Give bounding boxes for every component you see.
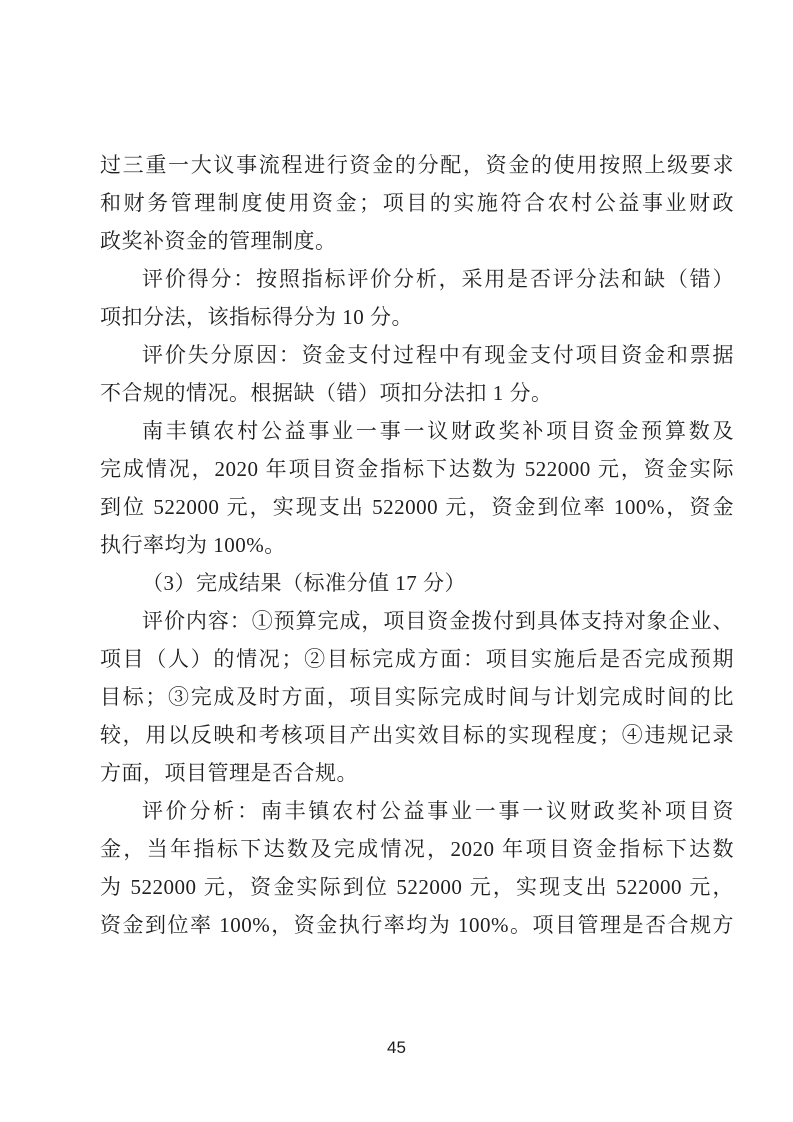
text-line: 评价失分原因：资金支付过程中有现金支付项目资金和票据	[100, 336, 734, 374]
text-line: 不合规的情况。根据缺（错）项扣分法扣 1 分。	[100, 374, 734, 412]
text-line: 金，当年指标下达数及完成情况，2020 年项目资金指标下达数	[100, 830, 734, 868]
text-line: 方面，项目管理是否合规。	[100, 754, 734, 792]
text-line: 为 522000 元，资金实际到位 522000 元，实现支出 522000 元…	[100, 868, 734, 906]
text-line: 完成情况，2020 年项目资金指标下达数为 522000 元，资金实际	[100, 450, 734, 488]
text-line: 较，用以反映和考核项目产出实效目标的实现程度；④违规记录	[100, 716, 734, 754]
text-line: 南丰镇农村公益事业一事一议财政奖补项目资金预算数及	[100, 412, 734, 450]
body-text: 过三重一大议事流程进行资金的分配，资金的使用按照上级要求 和财务管理制度使用资金…	[100, 146, 734, 944]
text-line: 过三重一大议事流程进行资金的分配，资金的使用按照上级要求	[100, 146, 734, 184]
text-line: 评价分析：南丰镇农村公益事业一事一议财政奖补项目资	[100, 792, 734, 830]
page-number: 45	[0, 1038, 793, 1058]
text-line: 项扣分法，该指标得分为 10 分。	[100, 298, 734, 336]
text-line: 到位 522000 元，实现支出 522000 元，资金到位率 100%，资金	[100, 488, 734, 526]
document-page: 过三重一大议事流程进行资金的分配，资金的使用按照上级要求 和财务管理制度使用资金…	[0, 0, 793, 1122]
text-line: 评价得分：按照指标评价分析，采用是否评分法和缺（错）	[100, 260, 734, 298]
text-line: 政奖补资金的管理制度。	[100, 222, 734, 260]
text-line: 和财务管理制度使用资金；项目的实施符合农村公益事业财政	[100, 184, 734, 222]
text-line: 项目（人）的情况；②目标完成方面：项目实施后是否完成预期	[100, 640, 734, 678]
text-line: （3）完成结果（标准分值 17 分）	[100, 564, 734, 602]
text-line: 资金到位率 100%，资金执行率均为 100%。项目管理是否合规方	[100, 906, 734, 944]
text-line: 评价内容：①预算完成，项目资金拨付到具体支持对象企业、	[100, 602, 734, 640]
text-line: 执行率均为 100%。	[100, 526, 734, 564]
text-line: 目标；③完成及时方面，项目实际完成时间与计划完成时间的比	[100, 678, 734, 716]
